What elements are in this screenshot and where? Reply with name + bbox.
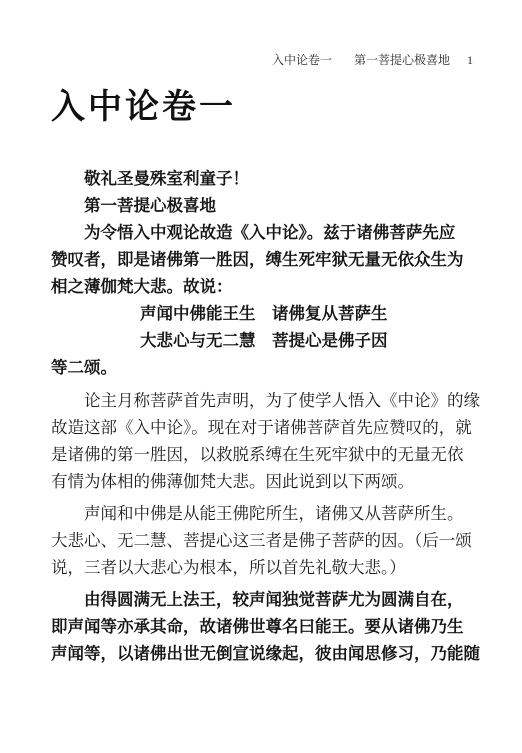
root-text-paragraph-2: 等二颂。 (51, 355, 491, 382)
volume-title: 入中论卷一 (51, 88, 236, 128)
running-header-page-number: 1 (467, 53, 473, 67)
root-text-paragraph-3: 由得圆满无上法王，较声闻独觉菩萨尤为圆满自在， 即声闻等亦承其命，故诸佛世尊名曰… (51, 587, 491, 668)
verse-line-2: 大悲心与无二慧 菩提心是佛子因 (51, 328, 491, 355)
running-header-book-title: 入中论卷一 (272, 53, 332, 67)
running-header-chapter-title: 第一菩提心极喜地 (354, 53, 450, 67)
verse-block: 声闻中佛能王生 诸佛复从菩萨生 大悲心与无二慧 菩提心是佛子因 (51, 301, 491, 355)
verse-line-1: 声闻中佛能王生 诸佛复从菩萨生 (51, 301, 491, 328)
body-text: 敬礼圣曼殊室利童子！ 第一菩提心极喜地 为令悟入中观论故造《入中论》。兹于诸佛菩… (51, 166, 491, 668)
running-header: 入中论卷一第一菩提心极喜地1 (51, 53, 473, 68)
book-page: 入中论卷一第一菩提心极喜地1 入中论卷一 敬礼圣曼殊室利童子！ 第一菩提心极喜地… (0, 0, 522, 753)
commentary-paragraph-1: 论主月称菩萨首先声明，为了使学人悟入《中论》的缘 故造这部《入中论》。现在对于诸… (51, 387, 491, 495)
salutation-line: 敬礼圣曼殊室利童子！ (51, 166, 491, 193)
root-text-paragraph-1: 为令悟入中观论故造《入中论》。兹于诸佛菩萨先应 赞叹者，即是诸佛第一胜因，缚生死… (51, 220, 491, 301)
chapter-heading: 第一菩提心极喜地 (51, 193, 491, 220)
commentary-paragraph-2: 声闻和中佛是从能王佛陀所生，诸佛又从菩萨所生。 大悲心、无二慧、菩提心这三者是佛… (51, 500, 491, 581)
